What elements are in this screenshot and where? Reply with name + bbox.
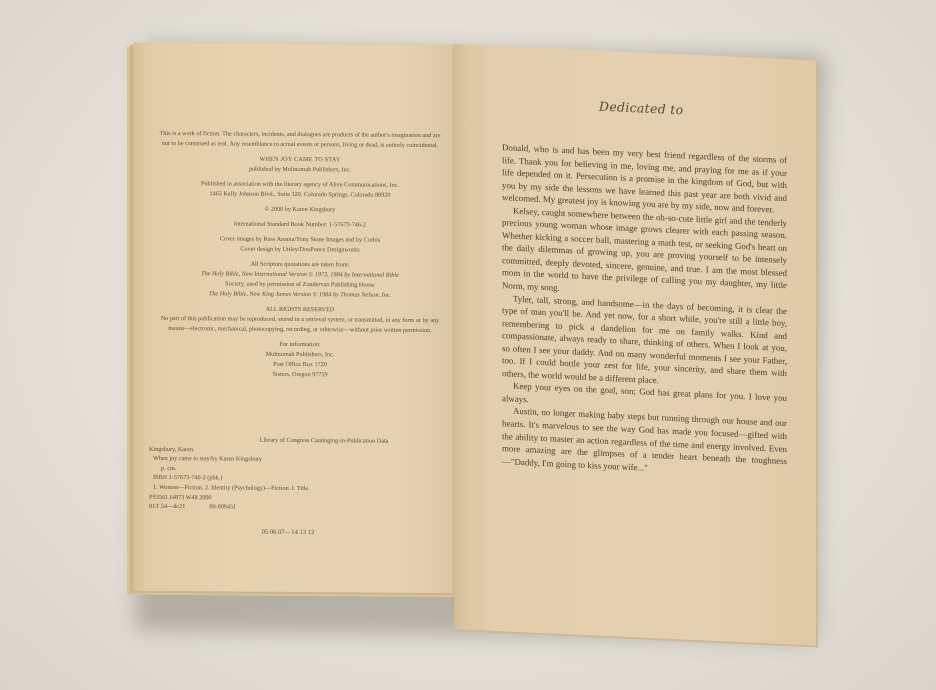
scripture-niv-2: Society, used by permission of Zondervan…: [225, 280, 374, 288]
dedication-page: Dedicated to Donald, who is and has been…: [454, 44, 816, 645]
rights-block: ALL RIGHTS RESERVED No part of this publ…: [155, 304, 445, 336]
open-book: This is a work of fiction. The character…: [0, 0, 936, 690]
info-heading: For information:: [279, 341, 320, 348]
info-line: Multnomah Publishers, Inc.: [266, 351, 335, 359]
dedication-heading: Dedicated to: [599, 99, 683, 118]
isbn-line: International Standard Book Number: 1-57…: [155, 219, 445, 231]
agency-info: Published in association with the litera…: [155, 179, 445, 201]
cip-dewey: 813'.54—dc21: [149, 503, 185, 510]
scripture-intro: All Scripture quotations are taken from:: [251, 261, 350, 269]
publisher-line: published by Multnomah Publishers, Inc.: [249, 166, 351, 174]
info-line: Sisters, Oregon 97759: [272, 371, 327, 378]
info-line: Post Office Box 1720: [273, 361, 327, 368]
scripture-credits: All Scripture quotations are taken from:…: [155, 259, 445, 301]
dedication-paragraph-kelsey: Kelsey, caught somewhere between the oh-…: [502, 204, 787, 305]
cip-data: Library of Congress Cataloging-in-Public…: [149, 435, 439, 514]
copyright-block: This is a work of fiction. The character…: [155, 129, 445, 386]
cip-lccn: 00-009451: [209, 503, 236, 510]
publisher-info: WHEN JOY CAME TO STAY published by Multn…: [155, 154, 445, 176]
scripture-nkjv: The Holy Bible, New King James Version ©…: [209, 290, 391, 298]
cover-design-credit: Cover design by Uttley/DouPonce Designwo…: [240, 246, 359, 254]
dedication-body: Donald, who is and has been my very best…: [502, 141, 787, 480]
info-block: For information: Multnomah Publishers, I…: [155, 339, 445, 381]
scripture-niv-1: The Holy Bible, New International Versio…: [201, 270, 399, 279]
dedication-paragraph-austin: Austin, no longer making baby steps but …: [502, 405, 787, 481]
agency-line-1: Published in association with the litera…: [201, 180, 399, 189]
copyright-page: This is a work of fiction. The character…: [133, 43, 461, 594]
fiction-notice: This is a work of fiction. The character…: [155, 129, 445, 151]
rights-heading: ALL RIGHTS RESERVED: [266, 306, 335, 314]
dedication-paragraph-tyler: Tyler, tall, strong, and handsome—in the…: [502, 292, 787, 393]
book-title: WHEN JOY CAME TO STAY: [259, 156, 340, 164]
cover-credits: Cover images by Ross Anania/Tony Stone I…: [155, 234, 445, 256]
agency-line-2: 1465 Kelly Johnson Blvd., Suite 320, Col…: [210, 190, 391, 198]
printing-line: 05 06 07—14 13 12: [133, 528, 443, 537]
rights-text: No part of this publication may be repro…: [161, 315, 440, 334]
copyright-line: © 2000 by Karen Kingsbury: [155, 204, 445, 216]
cover-images-credit: Cover images by Ross Anania/Tony Stone I…: [220, 235, 380, 243]
cip-classification: 813'.54—dc2100-009451: [149, 502, 439, 514]
